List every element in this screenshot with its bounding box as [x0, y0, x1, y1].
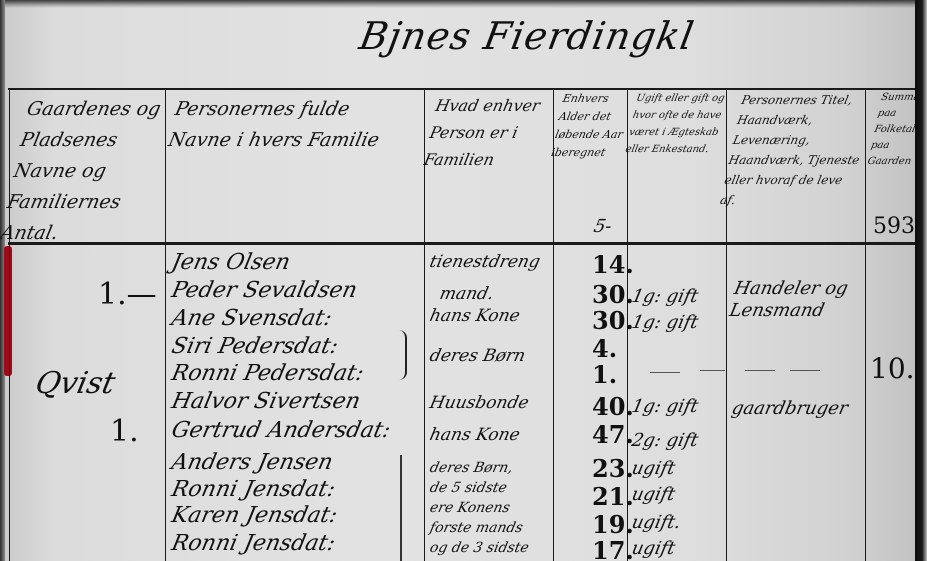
age: 21.	[592, 482, 634, 511]
person-name: Halvor Sivertsen	[169, 389, 362, 414]
civil-status: ugift	[630, 484, 677, 505]
civil-status: ugift	[630, 458, 677, 479]
header-full-names: Personernes fulde Navne i hvers Familie	[165, 94, 418, 156]
page-title: Bjnes Fierdingkl	[356, 14, 698, 58]
civil-status: ugift.	[630, 512, 683, 533]
column-divider-6	[865, 88, 866, 561]
header-occupation: Personernes Titel, Haandværk, Levenæring…	[718, 90, 876, 210]
faint-dash	[790, 370, 820, 371]
age: 19.	[592, 510, 634, 539]
farm-name-qvist: Qvist	[32, 366, 118, 401]
summa-household-count: 10.	[870, 352, 915, 385]
column-divider-1	[165, 88, 166, 561]
children-brace	[400, 455, 412, 561]
person-name: Anders Jensen	[169, 450, 335, 475]
column-divider-5	[726, 88, 727, 561]
faint-dash	[700, 370, 725, 371]
faint-dash	[745, 370, 775, 371]
red-row-marker	[4, 246, 12, 376]
relation: de 5 sidste	[428, 480, 508, 496]
farm-number-1: 1.—	[98, 277, 157, 312]
relation: deres Børn,	[428, 460, 514, 476]
page-top-shadow	[0, 0, 917, 8]
age: 40.	[592, 392, 634, 421]
person-name: Karen Jensdat:	[169, 503, 339, 528]
relation: mand.	[438, 284, 496, 304]
occupation: gaardbruger	[730, 398, 850, 419]
person-name: Ane Svensdat:	[169, 306, 334, 331]
civil-status: 1g: gift	[630, 396, 700, 417]
person-name: Siri Pedersdat:	[169, 334, 340, 359]
person-name: Jens Olsen	[169, 250, 292, 275]
civil-status: 2g: gift	[630, 430, 700, 451]
person-name: Ronni Jensdat:	[169, 477, 337, 502]
column-divider-0	[9, 88, 10, 561]
farm-number-qvist: 1.	[110, 414, 139, 449]
header-relation: Hvad enhver Person er i Familien	[421, 92, 558, 173]
book-binding-edge	[915, 0, 927, 561]
header-age: Enhvers Alder det løbende Aar iberegnet	[549, 90, 632, 162]
civil-status: 1g: gift	[630, 286, 700, 307]
age: 23.	[592, 454, 634, 483]
relation: og de 3 sidste	[428, 540, 530, 556]
age: 14.	[592, 250, 634, 279]
relation: ere Konens	[428, 500, 511, 516]
census-page: Bjnes Fierdingkl Gaardenes og Pladsenes …	[0, 0, 917, 561]
occupation: Handeler og Lensmand	[727, 278, 861, 322]
header-bottom-rule	[8, 242, 915, 245]
civil-status: ugift	[630, 538, 677, 559]
person-name: Gertrud Andersdat:	[169, 418, 392, 443]
age: 17.	[592, 536, 634, 561]
relation: deres Børn	[428, 346, 527, 366]
header-farm-names: Gaardenes og Pladsenes Navne og Familier…	[0, 94, 175, 249]
summa-page-total: 593	[873, 214, 915, 239]
faint-dash	[650, 372, 680, 373]
age: 4.	[592, 334, 617, 363]
age: 30.	[592, 280, 634, 309]
age: 1.	[592, 360, 617, 389]
header-civil-status: Ugift eller gift og hvor ofte de have væ…	[624, 90, 730, 158]
relation: tienestdreng	[428, 252, 542, 272]
person-name: Peder Sevaldsen	[169, 278, 359, 303]
person-name: Ronni Jensdat:	[169, 531, 337, 556]
relation: Huusbonde	[428, 393, 531, 413]
relation: hans Kone	[428, 306, 522, 326]
age-header-note: 5-	[592, 216, 614, 237]
sibling-bracket	[395, 330, 407, 380]
civil-status: 1g: gift	[630, 312, 700, 333]
person-name: Ronni Pedersdat:	[169, 361, 366, 386]
age: 30.	[592, 306, 634, 335]
relation: forste mands	[428, 520, 524, 536]
relation: hans Kone	[428, 425, 522, 445]
age: 47.	[592, 420, 634, 449]
